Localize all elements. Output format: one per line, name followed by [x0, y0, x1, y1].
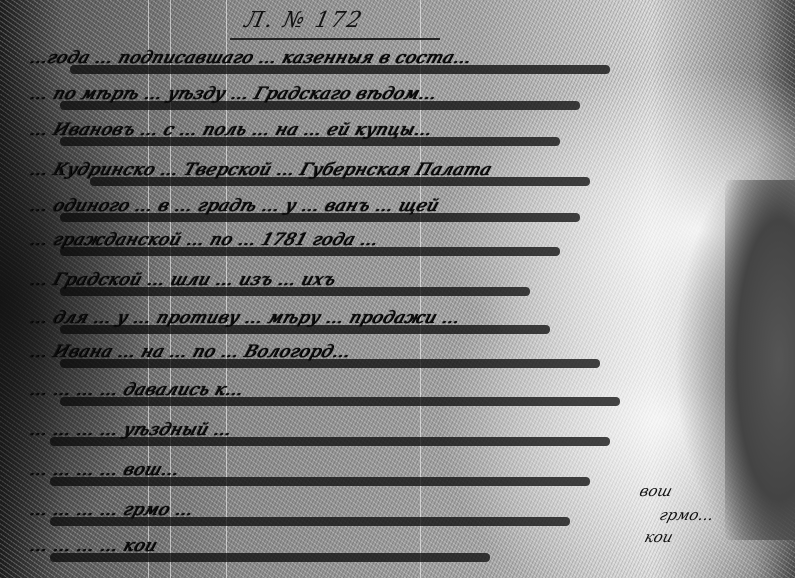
margin-note: вош — [638, 482, 675, 500]
document-scan: Л. № 172 …года … подписавшаго … казенныя… — [0, 0, 795, 578]
manuscript-line: … … … … грмо … — [30, 500, 765, 530]
header-underline — [230, 38, 440, 40]
manuscript-line: … для … у … противу … мѣру … продажи … — [30, 308, 765, 338]
manuscript-line: … Кудринско … Тверской … Губернская Пала… — [30, 160, 765, 190]
manuscript-line: … Градской … шли … изъ … ихъ — [30, 270, 765, 300]
margin-note: кои — [643, 528, 675, 546]
leaf-number: Л. № 172 — [242, 8, 365, 33]
manuscript-line: … … … … уѣздный … — [30, 420, 765, 450]
manuscript-line: … Ивана … на … по … Вологорд… — [30, 342, 765, 372]
margin-note: грмо… — [658, 506, 716, 524]
manuscript-line: … … … … давались к… — [30, 380, 765, 410]
manuscript-line: … гражданской … по … 1781 года … — [30, 230, 765, 260]
manuscript-line: …года … подписавшаго … казенныя в соста… — [30, 48, 765, 78]
manuscript-line: … по мѣрѣ … уѣзду … Градскаго вѣдом… — [30, 84, 765, 114]
manuscript-line: … Ивановъ … с … поль … на … ей купцы… — [30, 120, 765, 150]
manuscript-line: … одиного … в … градѣ … у … ванъ … щей — [30, 196, 765, 226]
